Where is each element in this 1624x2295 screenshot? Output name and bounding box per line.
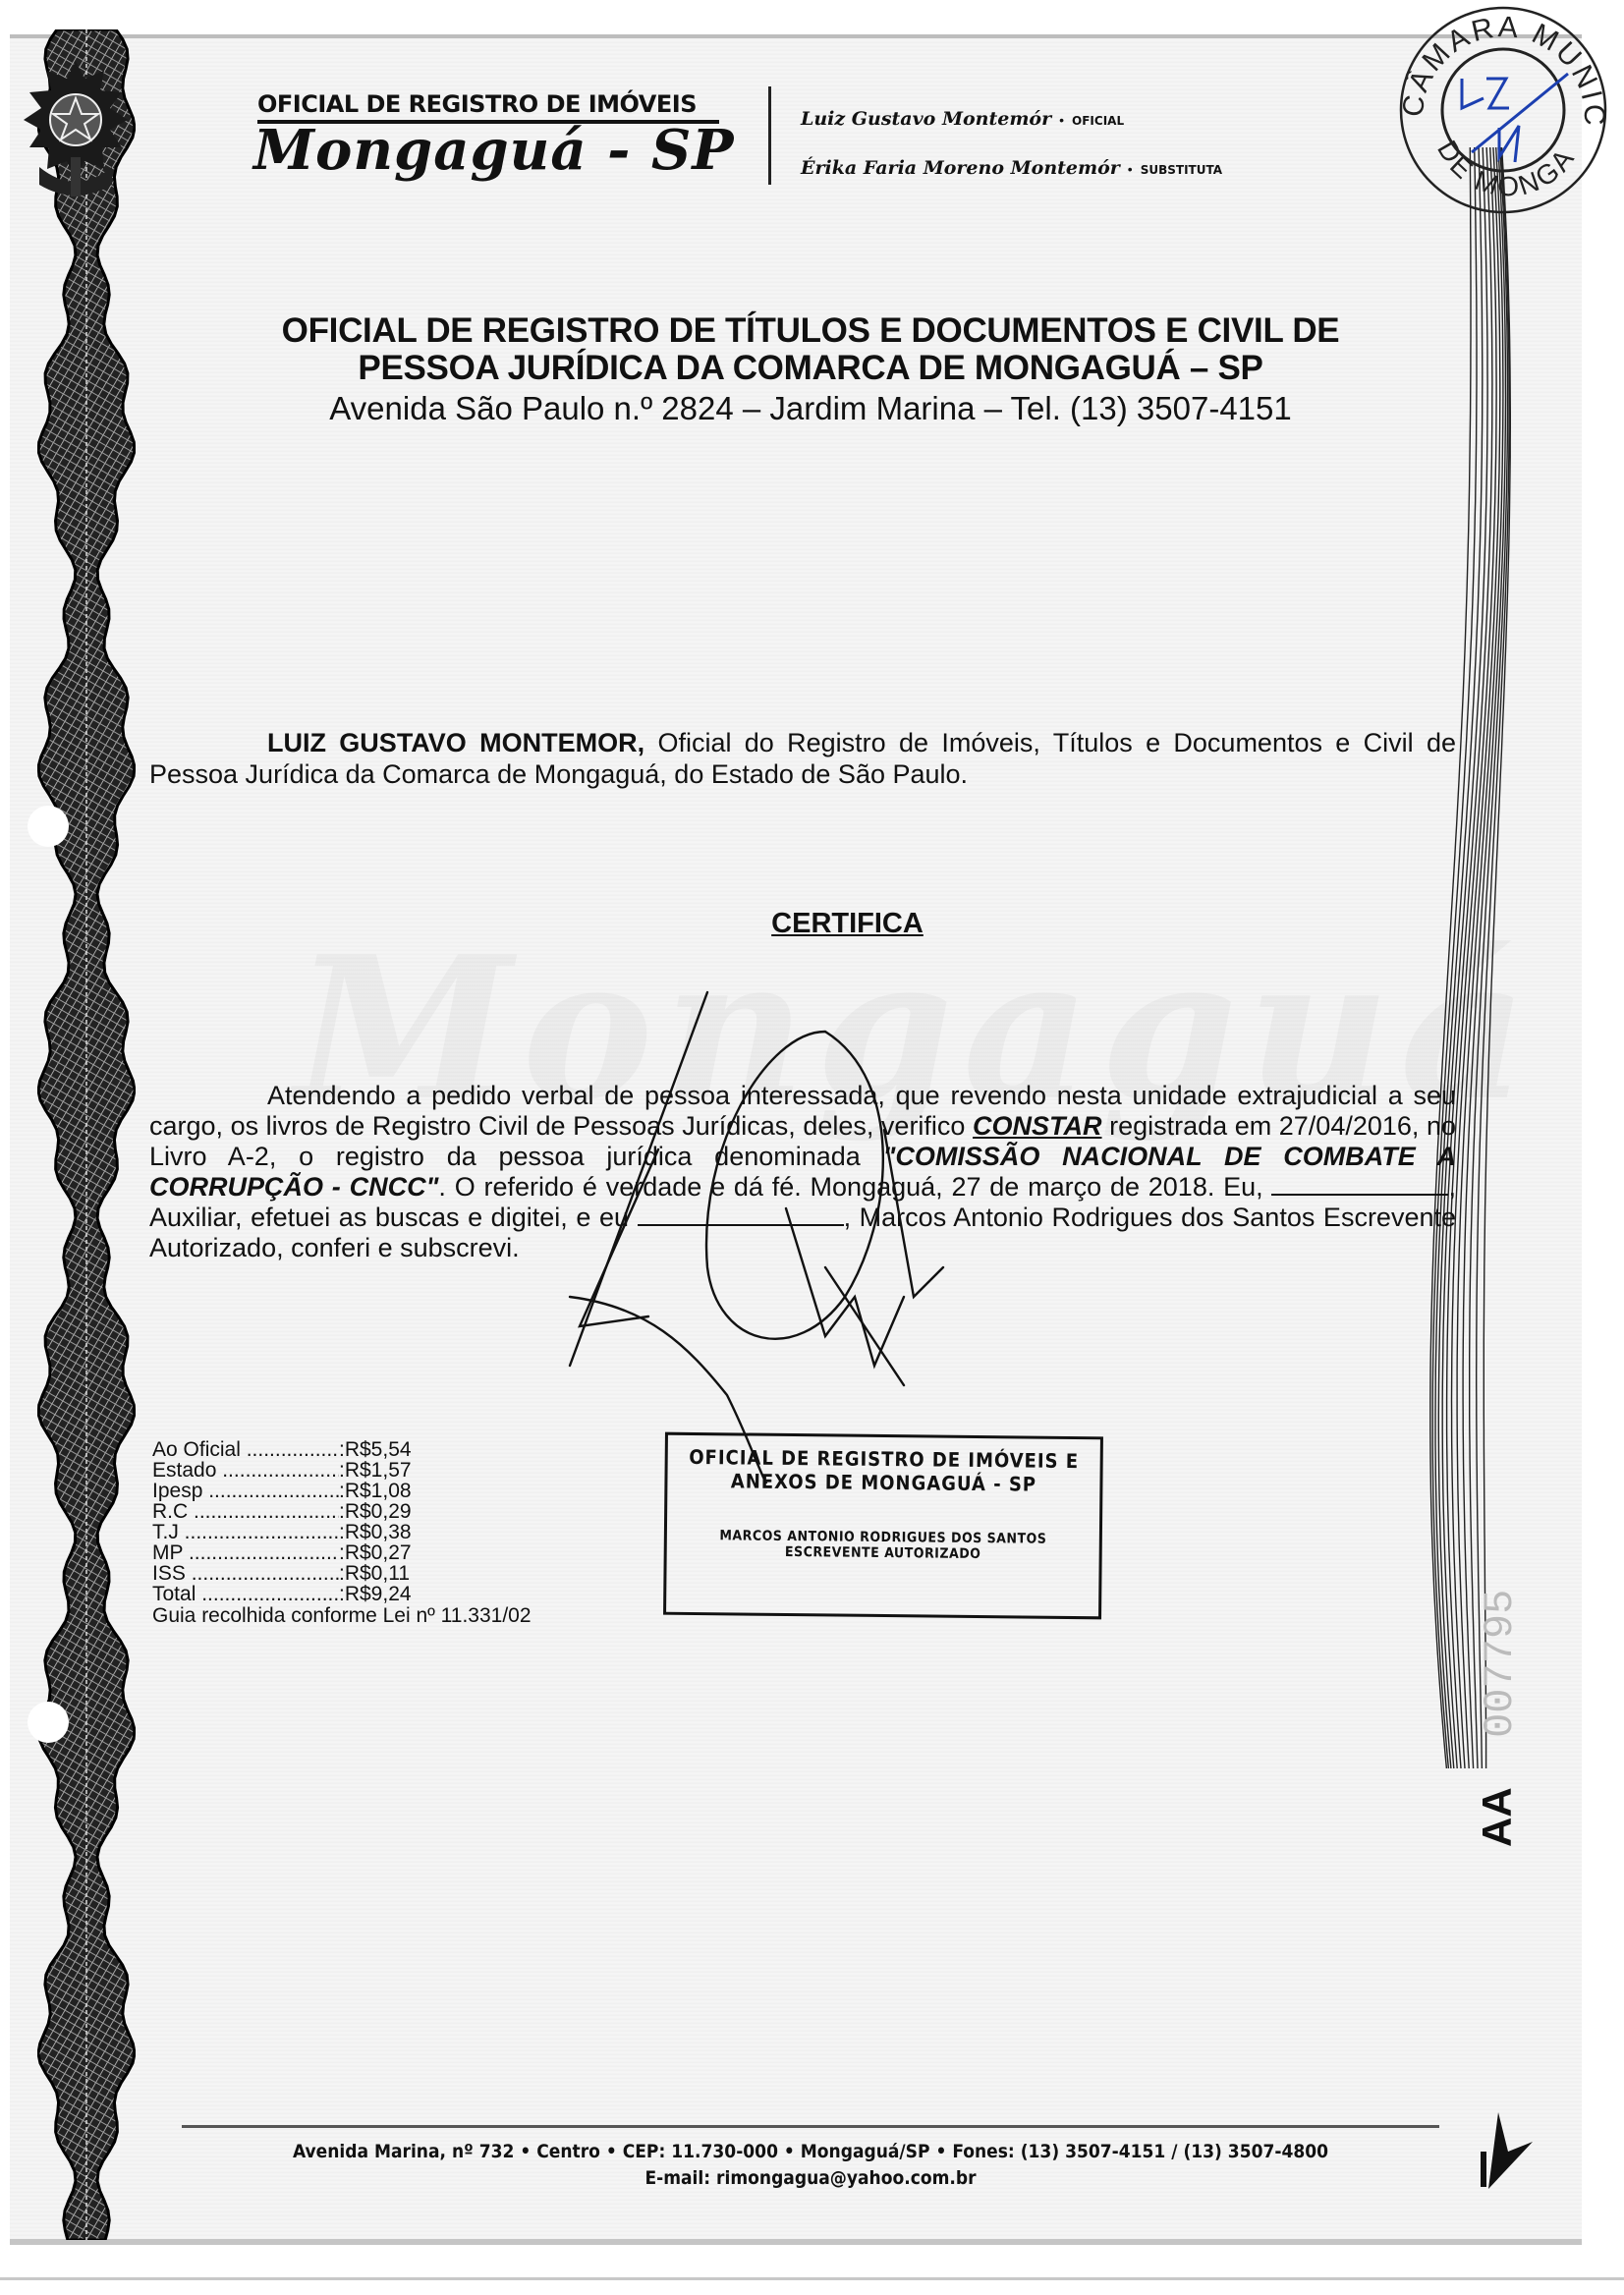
fee-row: ISS:R$0,11 <box>152 1563 532 1584</box>
footer-address: Avenida Marina, nº 732 • Centro • CEP: 1… <box>147 2139 1474 2165</box>
fee-value: :R$1,57 <box>339 1460 412 1481</box>
constar-text: CONSTAR <box>973 1111 1102 1141</box>
fee-row: Estado:R$1,57 <box>152 1460 532 1481</box>
office-rubber-stamp: OFICIAL DE REGISTRO DE IMÓVEIS E ANEXOS … <box>663 1432 1103 1620</box>
serial-number: 007795 <box>1477 1590 1524 1738</box>
scan-edge <box>0 2277 1624 2280</box>
fee-label: Total <box>152 1584 339 1604</box>
camara-municipal-stamp: CÂMARA MUNICIPAL DE MONGAGUÁ <box>1393 0 1609 226</box>
registry-title-block: OFICIAL DE REGISTRO DE TÍTULOS E DOCUMEN… <box>147 312 1474 428</box>
fee-row: T.J:R$0,38 <box>152 1522 532 1542</box>
title-address: Avenida São Paulo n.º 2824 – Jardim Mari… <box>147 389 1474 428</box>
fee-row: R.C:R$0,29 <box>152 1501 532 1522</box>
footer-email: E-mail: rimongagua@yahoo.com.br <box>147 2165 1474 2192</box>
fee-label: T.J <box>152 1522 339 1542</box>
fee-label: ISS <box>152 1563 339 1584</box>
fee-label: Estado <box>152 1460 339 1481</box>
fee-value: :R$0,38 <box>339 1522 412 1542</box>
letterhead-city: Mongaguá - SP <box>253 118 734 183</box>
footer: Avenida Marina, nº 732 • Centro • CEP: 1… <box>147 2139 1474 2192</box>
substitute-name: Érika Faria Moreno Montemór <box>801 157 1120 179</box>
fee-row: Ao Oficial:R$5,54 <box>152 1439 532 1460</box>
fee-row: Total:R$9,24 <box>152 1584 532 1604</box>
security-paper-serial: AA 007795 <box>1474 1590 1524 1847</box>
certificate-paragraph: Atendendo a pedido verbal de pessoa inte… <box>149 1081 1456 1263</box>
substitute-role: SUBSTITUTA <box>1141 163 1222 177</box>
fee-note: Guia recolhida conforme Lei nº 11.331/02 <box>152 1605 532 1626</box>
fee-label: Ipesp <box>152 1481 339 1501</box>
fee-value: :R$9,24 <box>339 1584 412 1604</box>
fee-value: :R$0,29 <box>339 1501 412 1522</box>
serial-prefix: AA <box>1474 1787 1520 1847</box>
brazil-coat-of-arms-icon <box>20 59 133 206</box>
fee-row: Ipesp:R$1,08 <box>152 1481 532 1501</box>
letterhead-substitute: Érika Faria Moreno Montemór•SUBSTITUTA <box>801 157 1222 179</box>
fees-table: Ao Oficial:R$5,54Estado:R$1,57Ipesp:R$1,… <box>152 1439 532 1626</box>
certifica-heading: CERTIFICA <box>0 908 1624 940</box>
letterhead-divider <box>768 86 771 185</box>
title-line-1: OFICIAL DE REGISTRO DE TÍTULOS E DOCUMEN… <box>147 312 1474 350</box>
fee-label: R.C <box>152 1501 339 1522</box>
fee-value: :R$0,27 <box>339 1542 412 1563</box>
guilloche-border-left <box>37 29 136 2240</box>
fee-value: :R$5,54 <box>339 1439 412 1460</box>
footer-rule <box>182 2125 1439 2128</box>
security-paper-logo-icon <box>1479 2112 1538 2191</box>
fee-label: MP <box>152 1542 339 1563</box>
intro-name: LUIZ GUSTAVO MONTEMOR, <box>267 728 644 757</box>
fee-label: Ao Oficial <box>152 1439 339 1460</box>
fee-value: :R$0,11 <box>339 1563 410 1584</box>
title-line-2: PESSOA JURÍDICA DA COMARCA DE MONGAGUÁ –… <box>147 350 1474 387</box>
official-role: OFICIAL <box>1072 114 1124 128</box>
escrevente-signature-line <box>638 1204 844 1226</box>
official-name: Luiz Gustavo Montemór <box>801 108 1051 130</box>
punch-hole <box>28 806 69 847</box>
letterhead-official: Luiz Gustavo Montemór•OFICIAL <box>801 108 1124 130</box>
auxiliar-signature-line <box>1271 1174 1448 1196</box>
fee-row: MP:R$0,27 <box>152 1542 532 1563</box>
punch-hole <box>28 1702 69 1743</box>
fee-value: :R$1,08 <box>339 1481 412 1501</box>
intro-paragraph: LUIZ GUSTAVO MONTEMOR, Oficial do Regist… <box>149 727 1456 790</box>
office-stamp-line-2: ANEXOS DE MONGAGUÁ - SP <box>667 1469 1099 1497</box>
